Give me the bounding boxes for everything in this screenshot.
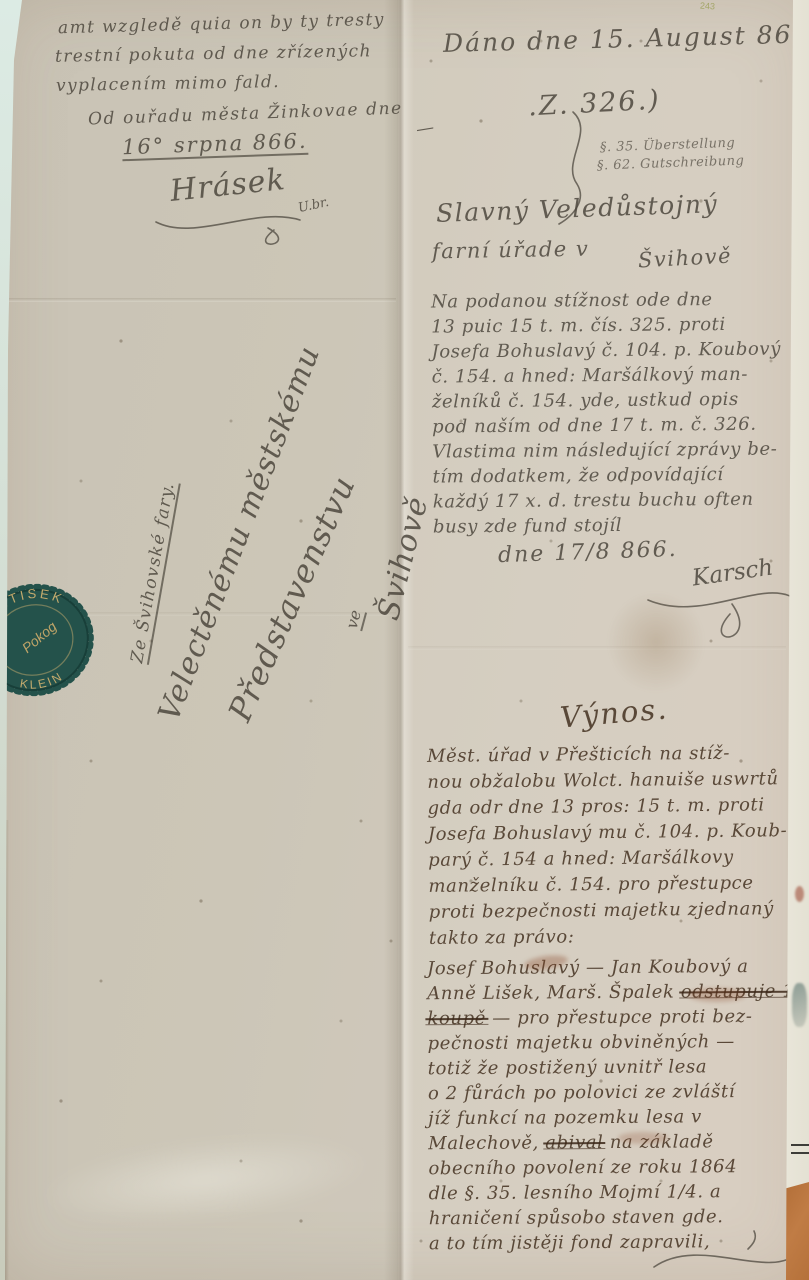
- handwritten-line: takto za právo:: [429, 922, 793, 952]
- handwritten-line: každý 17 x. d. trestu buchu often: [433, 486, 789, 514]
- handwritten-line: jíž funkcí na pozemku lesa v: [428, 1104, 792, 1132]
- handwritten-line: Malechově, abival na základě: [428, 1129, 792, 1157]
- handwritten-line: Vlastima nim následující zprávy be-: [432, 436, 788, 464]
- reference-note-2: §. 62. Gutschreibung: [597, 153, 745, 173]
- document-photo: amt wzgledě quia on by ty tresty trestní…: [0, 0, 809, 1280]
- handwritten-line: nou obžalobu Wolct. hanuiše uswrtů: [427, 766, 791, 796]
- handwritten-line: Měst. úřad v Přešticích na stíž-: [427, 740, 791, 770]
- decree-heading: Výnos.: [559, 691, 670, 734]
- handwritten-line: tím dodatkem, že odpovídající: [432, 461, 788, 489]
- top-note-line: vyplacením mimo fald.: [56, 72, 280, 96]
- handwritten-line: Josef Bohuslavý — Jan Koubový a: [427, 954, 791, 982]
- body-paragraph-2: Měst. úřad v Přešticích na stíž-nou obža…: [427, 740, 793, 952]
- handwritten-line: busy zde fund stojíl: [433, 511, 789, 539]
- handwritten-line: pečnosti majetku obviněných —: [427, 1029, 791, 1057]
- ink-speckles: [0, 0, 2, 2]
- handwritten-line: obecního povolení ze roku 1864: [428, 1154, 792, 1182]
- paper-fold: [384, 0, 414, 1280]
- handwritten-line: 13 puic 15 t. m. čís. 325. proti: [431, 311, 787, 339]
- grease-stain: [608, 592, 704, 692]
- ink-smudge: [688, 988, 746, 1002]
- strikethrough-text: abival: [545, 1132, 603, 1153]
- handwritten-line: Na podanou stížnost ode dne: [431, 286, 787, 314]
- handwritten-line: o 2 fůrách po polovici ze zvláští: [428, 1079, 792, 1107]
- stray-ink: [0, 201, 12, 217]
- ink-smudge: [618, 1132, 668, 1144]
- marginal-dash: —: [414, 117, 435, 141]
- handwritten-line: proti bezpečnosti majetku zjednaný: [429, 896, 793, 926]
- handwritten-line: Josefa Bohuslavý mu č. 104. p. Koub-: [428, 818, 792, 848]
- ruled-line-mark: [791, 1144, 809, 1146]
- handwritten-line: parý č. 154 a hned: Maršálkovy: [428, 844, 792, 874]
- pencil-corner-mark: 243: [700, 0, 716, 11]
- handwritten-line: koupě — pro přestupce proti bez-: [427, 1004, 791, 1032]
- ruled-line-mark: [791, 1152, 809, 1154]
- handwritten-line: pod naším od dne 17 t. m. č. 326.: [432, 411, 788, 439]
- closing-flourish: [648, 1225, 806, 1280]
- strikethrough-text: koupě: [427, 1008, 486, 1029]
- teal-edge-smudge: [792, 983, 807, 1027]
- handwritten-line: Josefa Bohuslavý č. 104. p. Koubový: [431, 336, 787, 364]
- letter-sheet: amt wzgledě quia on by ty tresty trestní…: [0, 0, 809, 1280]
- header-date: Dáno dne 15. August 866.: [443, 19, 809, 58]
- handwritten-line: totiž že postižený uvnitř lesa: [428, 1054, 792, 1082]
- salutation-line-2: farní úřade v: [432, 237, 590, 264]
- handwritten-line: manželníku č. 154. pro přestupce: [428, 870, 792, 900]
- paper-crease: [8, 298, 396, 302]
- handwritten-line: č. 154. a hned: Maršálkový man-: [432, 361, 788, 389]
- letter-dateline: dne 17/8 866.: [498, 537, 678, 568]
- handwritten-line: želníků č. 154. yde, ustkud opis: [432, 386, 788, 414]
- red-edge-mark: [795, 886, 804, 902]
- paper-edge-shadow: [0, 820, 9, 1280]
- body-paragraph-1: Na podanou stížnost ode dne13 puic 15 t.…: [431, 286, 789, 539]
- handwritten-line: dle §. 35. lesního Mojmí 1/4. a: [429, 1179, 793, 1207]
- reference-note-1: §. 35. Überstellung: [600, 136, 736, 156]
- salutation-line-3: Švihově: [637, 244, 732, 273]
- handwritten-line: gda odr dne 13 pros: 15 t. m. proti: [427, 792, 791, 822]
- signature-flourish: [150, 200, 320, 250]
- salutation-line-1: Slavný Veledůstojný: [436, 189, 719, 228]
